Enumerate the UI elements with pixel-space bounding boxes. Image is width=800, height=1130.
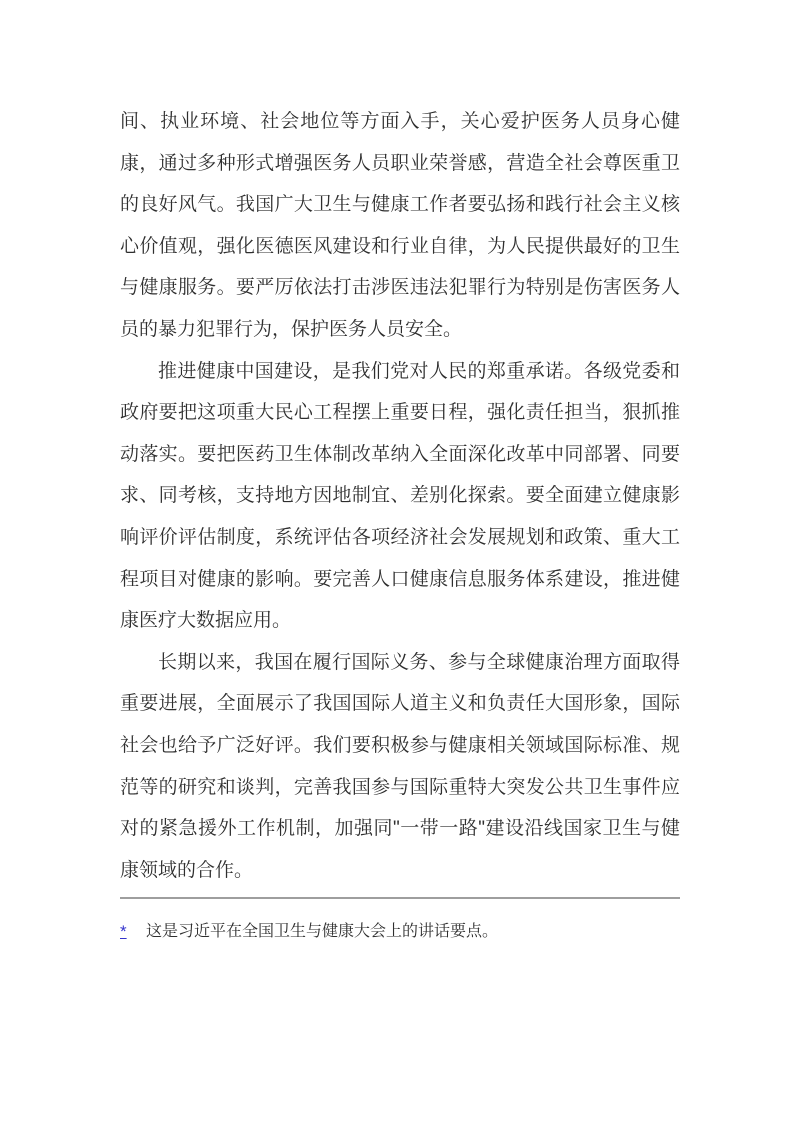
text-line: 康医疗大数据应用。	[120, 600, 680, 642]
text-line: 康领域的合作。	[120, 850, 680, 892]
document-content: 间、执业环境、社会地位等方面入手，关心爱护医务人员身心健康，通过多种形式增强医务…	[120, 0, 680, 942]
text-line: 心价值观，强化医德医风建设和行业自律，为人民提供最好的卫生	[120, 226, 680, 268]
text-line: 员的暴力犯罪行为，保护医务人员安全。	[120, 309, 680, 351]
text-line: 间、执业环境、社会地位等方面入手，关心爱护医务人员身心健	[120, 101, 680, 143]
text-line: 推进健康中国建设，是我们党对人民的郑重承诺。各级党委和	[120, 351, 680, 393]
footnote-text: 这是习近平在全国卫生与健康大会上的讲话要点。	[146, 922, 498, 942]
paragraphs: 间、执业环境、社会地位等方面入手，关心爱护医务人员身心健康，通过多种形式增强医务…	[120, 101, 680, 891]
text-line: 社会也给予广泛好评。我们要积极参与健康相关领域国际标准、规	[120, 725, 680, 767]
text-line: 动落实。要把医药卫生体制改革纳入全面深化改革中同部署、同要	[120, 434, 680, 476]
text-line: 长期以来，我国在履行国际义务、参与全球健康治理方面取得	[120, 642, 680, 684]
footnote: * 这是习近平在全国卫生与健康大会上的讲话要点。	[120, 922, 680, 942]
text-line: 的良好风气。我国广大卫生与健康工作者要弘扬和践行社会主义核	[120, 184, 680, 226]
document-page: 间、执业环境、社会地位等方面入手，关心爱护医务人员身心健康，通过多种形式增强医务…	[0, 0, 800, 1130]
text-line: 政府要把这项重大民心工程摆上重要日程，强化责任担当，狠抓推	[120, 392, 680, 434]
text-line: 康，通过多种形式增强医务人员职业荣誉感，营造全社会尊医重卫	[120, 143, 680, 185]
footnote-divider	[120, 897, 680, 899]
text-line: 与健康服务。要严厉依法打击涉医违法犯罪行为特别是伤害医务人	[120, 267, 680, 309]
text-line: 求、同考核，支持地方因地制宜、差别化探索。要全面建立健康影	[120, 475, 680, 517]
text-line: 程项目对健康的影响。要完善人口健康信息服务体系建设，推进健	[120, 559, 680, 601]
text-line: 对的紧急援外工作机制，加强同"一带一路"建设沿线国家卫生与健	[120, 808, 680, 850]
text-line: 重要进展，全面展示了我国国际人道主义和负责任大国形象，国际	[120, 683, 680, 725]
text-line: 响评价评估制度，系统评估各项经济社会发展规划和政策、重大工	[120, 517, 680, 559]
text-line: 范等的研究和谈判，完善我国参与国际重特大突发公共卫生事件应	[120, 767, 680, 809]
footnote-marker-link[interactable]: *	[120, 922, 146, 942]
